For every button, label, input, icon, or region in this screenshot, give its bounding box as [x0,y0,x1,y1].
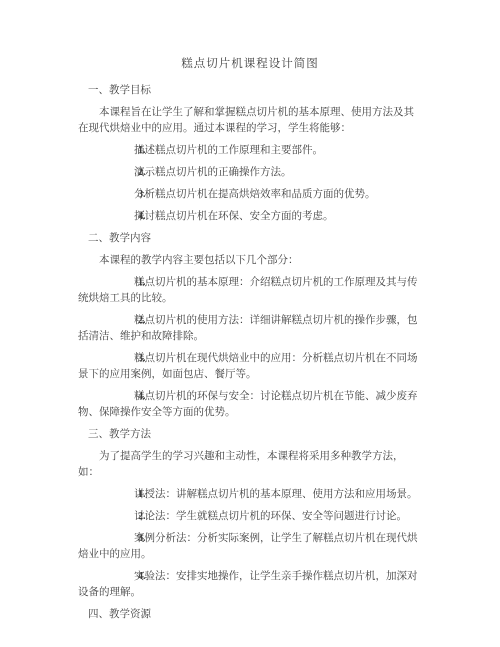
section-intro: 本课程旨在让学生了解和掌握糕点切片机的基本原理、使用方法及其在现代烘焙业中的应用… [78,105,422,137]
item-number: 3. [108,531,134,547]
section-teaching-content: 二、教学内容 本课程的教学内容主要包括以下几个部分： 1.糕点切片机的基本原理：… [78,231,422,421]
item-number: 4. [108,569,134,585]
item-text: 分析糕点切片机在提高烘焙效率和品质方面的优势。 [134,189,376,200]
list-item: 2.讨论法：学生就糕点切片机的环保、安全等问题进行讨论。 [78,509,422,525]
list-item: 1.描述糕点切片机的工作原理和主要部件。 [78,143,422,159]
item-text: 讨论法：学生就糕点切片机的环保、安全等问题进行讨论。 [134,511,407,522]
item-number: 2. [108,313,134,329]
item-text: 探讨糕点切片机在环保、安全方面的考虑。 [134,211,334,222]
section-teaching-resources: 四、教学资源 [78,607,422,623]
item-number: 3. [108,187,134,203]
item-number: 2. [108,165,134,181]
item-text: 演示糕点切片机的正确操作方法。 [134,167,292,178]
item-number: 4. [108,389,134,405]
item-text: 描述糕点切片机的工作原理和主要部件。 [134,145,323,156]
item-number: 2. [108,509,134,525]
item-number: 1. [108,487,134,503]
list-item: 2.糕点切片机的使用方法：详细讲解糕点切片机的操作步骤，包括清洁、维护和故障排除… [78,313,422,345]
list-item: 3.糕点切片机在现代烘焙业中的应用：分析糕点切片机在不同场景下的应用案例，如面包… [78,351,422,383]
section-intro: 本课程的教学内容主要包括以下几个部分： [78,253,422,269]
item-number: 1. [108,275,134,291]
list-item: 4.糕点切片机的环保与安全：讨论糕点切片机在节能、减少废弃物、保障操作安全等方面… [78,389,422,421]
item-number: 3. [108,351,134,367]
list-item: 3.案例分析法：分析实际案例，让学生了解糕点切片机在现代烘焙业中的应用。 [78,531,422,563]
list-item: 3.分析糕点切片机在提高烘焙效率和品质方面的优势。 [78,187,422,203]
section-heading: 三、教学方法 [78,427,422,443]
document-page: 糕点切片机课程设计简图 一、教学目标 本课程旨在让学生了解和掌握糕点切片机的基本… [0,0,500,647]
list-item: 1.糕点切片机的基本原理：介绍糕点切片机的工作原理及其与传统烘焙工具的比较。 [78,275,422,307]
document-title: 糕点切片机课程设计简图 [78,56,422,72]
section-heading: 一、教学目标 [78,83,422,99]
section-heading: 四、教学资源 [78,607,422,623]
section-teaching-methods: 三、教学方法 为了提高学生的学习兴趣和主动性，本课程将采用多种教学方法，如： 1… [78,427,422,601]
list-item: 4.探讨糕点切片机在环保、安全方面的考虑。 [78,209,422,225]
list-item: 1.讲授法：讲解糕点切片机的基本原理、使用方法和应用场景。 [78,487,422,503]
item-text: 讲授法：讲解糕点切片机的基本原理、使用方法和应用场景。 [134,489,418,500]
item-number: 1. [108,143,134,159]
item-number: 4. [108,209,134,225]
section-intro: 为了提高学生的学习兴趣和主动性，本课程将采用多种教学方法，如： [78,449,422,481]
list-item: 4.实验法：安排实地操作，让学生亲手操作糕点切片机，加深对设备的理解。 [78,569,422,601]
list-item: 2.演示糕点切片机的正确操作方法。 [78,165,422,181]
section-teaching-goals: 一、教学目标 本课程旨在让学生了解和掌握糕点切片机的基本原理、使用方法及其在现代… [78,83,422,225]
section-heading: 二、教学内容 [78,231,422,247]
